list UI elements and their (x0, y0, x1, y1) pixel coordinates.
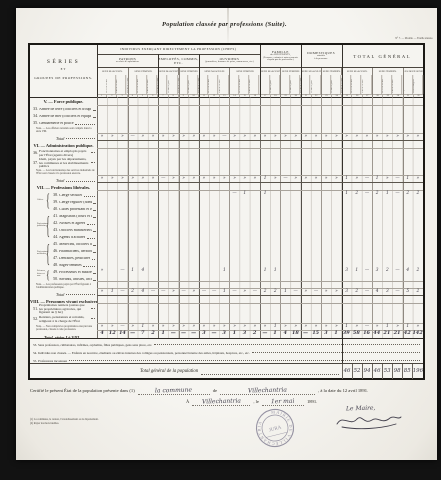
tally-row-49: »—1411131—32—42 (97, 267, 423, 274)
data-cell: » (189, 288, 199, 295)
header-employes: EMPLOYÉS, COMMIS, ETC. (158, 54, 199, 68)
data-cell: 1 (372, 175, 382, 182)
data-cell: 4 (372, 288, 382, 295)
document-title: Population classée par professions (Suit… (28, 21, 421, 28)
data-cell: 1 (138, 323, 148, 330)
paper-sheet: Population classée par professions (Suit… (16, 8, 437, 460)
data-cell: Moins de 16 ans. (97, 75, 106, 94)
data-cell: 1 (342, 323, 352, 330)
dotted-leader (91, 308, 96, 309)
dotted-leader (93, 273, 95, 274)
data-cell: » (291, 175, 301, 182)
profession-row: 52.Rentiers, pensionnés et retraités, re… (30, 315, 97, 325)
tally-row-vi-total: »»»»»»—»»»»»»»»»1»—»»»»»1»—1»—1» (97, 175, 423, 182)
data-cell: — (148, 288, 158, 295)
row-label: Clergé séculier (59, 194, 82, 198)
data-cell: » (128, 175, 138, 182)
data-cell: » (382, 133, 392, 140)
tally-row-v-total: »»»—»»»»»»»»—»»»»»»»»»»»»»»»»»»» (97, 133, 423, 140)
data-cell (321, 190, 331, 197)
row-54: 54. Individus non classés. — Enfants en … (30, 347, 423, 355)
employes-title: EMPLOYÉS, COMMIS, ETC. (158, 57, 199, 65)
data-cell: — (209, 330, 219, 338)
data-cell: 1 (219, 267, 229, 274)
data-cell: Population totale. (403, 75, 413, 94)
data-cell (189, 190, 199, 197)
data-cell: — (392, 190, 402, 197)
data-cell (107, 267, 117, 274)
data-cell: » (270, 175, 280, 182)
data-cell: » (158, 133, 168, 140)
data-cell: — (117, 288, 127, 295)
data-cell: 3 (372, 267, 382, 274)
data-cell: » (311, 175, 321, 182)
row-label: Agents d'affaires (59, 236, 85, 240)
sex-header: SEXE MASCULIN. (260, 68, 280, 75)
data-cell: » (189, 323, 199, 330)
data-cell: » (117, 175, 127, 182)
row-label: 53. Sans profession, célibataires, infir… (33, 343, 152, 347)
data-cell: 1 (382, 190, 392, 197)
data-cell: 2 (270, 288, 280, 295)
data-cell (270, 190, 280, 197)
data-cell: » (240, 323, 250, 330)
total-label: Total général de la population (140, 369, 198, 374)
row-number: 51. (30, 308, 39, 312)
dotted-leader (93, 110, 96, 111)
row-label: Clergé régulier (hommes, femmes) (59, 201, 92, 205)
grid-line (97, 105, 423, 106)
data-cell: 3 (342, 267, 352, 274)
dotted-leader (93, 245, 95, 246)
row-label: Rentiers, pensionnés et retraités, relig… (39, 316, 89, 323)
data-cell: 142 (412, 330, 422, 338)
brace-glyph: { (46, 190, 50, 211)
data-cell: » (240, 288, 250, 295)
data-cell: 3 (321, 330, 331, 338)
data-cell: 1 (240, 190, 250, 197)
data-cell (311, 267, 321, 274)
data-cell: » (199, 323, 209, 330)
data-cell: 94 (362, 364, 372, 379)
profession-row: 37.Idem, payés par les départements, les… (30, 159, 97, 169)
grid-line (97, 281, 423, 282)
header-series-cell: SÉRIES ET GROUPES DE PROFESSIONS. (30, 45, 97, 97)
sex-header: SEXE FÉMININ. (372, 68, 403, 75)
brace-label: Sciences, lettres et arts. (37, 270, 46, 277)
data-cell: 2 (148, 330, 158, 338)
row-label: Avoués et agréés (59, 222, 85, 226)
data-cell: 3 (382, 288, 392, 295)
brace-label: Professions judiciaires. (37, 223, 46, 228)
data-cell: » (219, 175, 229, 182)
section-title-v: V. — Force publique. (30, 97, 97, 105)
profession-row: 51.Propriétaires rentiers (autres que le… (30, 305, 97, 315)
dotted-leader (87, 238, 95, 239)
sex-header: SEXE MASCULIN. (199, 68, 230, 75)
data-cell: 16 ans et plus. (188, 75, 198, 94)
row-label: Sages-femmes (59, 264, 82, 268)
data-cell: 1 (219, 288, 229, 295)
data-cell: — (168, 330, 178, 338)
dotted-leader (75, 124, 95, 125)
data-cell: » (168, 133, 178, 140)
row-label: Armée de terre (officiers et troupe) (39, 108, 91, 112)
data-cell: » (250, 323, 260, 330)
printed-text: À (186, 399, 189, 404)
row-number: 37. (30, 162, 39, 166)
data-cell: » (199, 175, 209, 182)
sex-header: SEXE MASCULIN. (341, 68, 372, 75)
data-cell: » (107, 175, 117, 182)
data-cell: 2 (260, 288, 270, 295)
signature (334, 411, 404, 436)
dotted-leader (93, 231, 95, 232)
data-cell: — (392, 288, 402, 295)
row-number: 35. (30, 122, 39, 126)
data-cell: De 16 à 60 ans. (137, 75, 147, 94)
data-cell: 4 (280, 330, 290, 338)
data-cell: — (392, 175, 402, 182)
brace-group-judiciaires: Professions judiciaires.{ (37, 211, 52, 239)
data-cell: » (148, 133, 158, 140)
data-cell: » (331, 175, 341, 182)
data-cell: 3 (239, 330, 249, 338)
data-cell: » (97, 267, 107, 274)
dotted-leader (91, 152, 96, 153)
data-cell (301, 267, 311, 274)
data-cell (280, 190, 290, 197)
data-cell: » (229, 175, 239, 182)
data-cell: 16 ans et plus. (331, 75, 341, 94)
dotted-leader (93, 210, 95, 211)
data-cell: 16 ans et plus. (270, 75, 280, 94)
header-famille: FAMILLE des PRÉCÉDENTS, (Femmes, enfants… (260, 45, 301, 68)
row-number: 33. (30, 108, 39, 112)
data-cell: — (229, 288, 239, 295)
row-label: Armée de mer (officiers et équipages) (39, 115, 91, 119)
patrons-sub: ou chefs d'exploitation. (116, 61, 139, 64)
scan-background: Population classée par professions (Suit… (0, 0, 441, 480)
data-cell: » (291, 133, 301, 140)
data-cell: » (148, 323, 158, 330)
data-cell: — (229, 190, 239, 197)
data-cell (240, 267, 250, 274)
data-cell: » (311, 323, 321, 330)
data-cell: » (189, 175, 199, 182)
data-cell (250, 190, 260, 197)
data-cell (97, 190, 107, 197)
data-cell: 1 (260, 175, 270, 182)
section-note: Nota. — Les officiers retraités sont com… (30, 126, 97, 134)
data-cell: — (179, 288, 189, 295)
data-cell: 85 (402, 364, 412, 379)
grid-line (97, 295, 423, 296)
dotted-leader (154, 344, 420, 345)
data-cell: 1 (260, 190, 270, 197)
data-cell: » (97, 133, 107, 140)
section-note: Nota. — Les professeurs payés par l'État… (30, 282, 97, 290)
printed-text: , le (253, 399, 259, 404)
sex-header: SEXE MASCULIN. (97, 68, 128, 75)
data-cell: » (168, 288, 178, 295)
data-cell: Plus de 60 ans. (392, 75, 402, 94)
data-cell: — (178, 330, 188, 338)
data-cell: » (321, 288, 331, 295)
data-cell: » (342, 133, 352, 140)
data-cell: » (413, 133, 423, 140)
data-cell: » (392, 133, 402, 140)
data-cell: 1 (270, 267, 280, 274)
row-label: 54. Individus non classés. — Enfants en … (33, 351, 250, 355)
data-cell: — (209, 288, 219, 295)
brace-glyph: { (46, 267, 50, 281)
data-cell: — (362, 175, 372, 182)
dotted-leader (93, 217, 95, 218)
famille-sub2: (Femmes, enfants et autres parents n'aya… (260, 57, 301, 63)
row-number: 34. (30, 115, 39, 119)
data-cell: Plus de 60 ans. (116, 75, 126, 94)
data-cell: » (189, 133, 199, 140)
footnotes: (1) La commune, le canton, l'arrondissem… (30, 418, 99, 426)
data-cell: 1 (382, 323, 392, 330)
data-cell: » (240, 175, 250, 182)
row-label: Idem, payés par les départements, les co… (39, 158, 89, 169)
data-cell: » (107, 323, 117, 330)
data-cell: » (352, 175, 362, 182)
grid-line (97, 140, 423, 141)
data-cell: Plus de 60 ans. (147, 75, 157, 94)
data-cell: 16 ans et plus. (168, 75, 178, 94)
data-cell: » (321, 175, 331, 182)
data-cell (199, 190, 209, 197)
data-cell (168, 267, 178, 274)
certification-line-2: À Villechantria , le 1er mai 1891. (186, 398, 317, 406)
data-cell: — (158, 288, 168, 295)
data-cell: 3 (199, 330, 209, 338)
row-labels-column: V. — Force publique. 33.Armée de terre (… (30, 97, 97, 338)
data-cell: » (413, 323, 423, 330)
grid-line (97, 182, 423, 183)
total-label: Total (56, 292, 64, 297)
series-label: SÉRIES (30, 59, 97, 65)
data-cell: » (301, 288, 311, 295)
total-row-label: Total (30, 290, 97, 297)
data-cell: Moins de 16 ans. (341, 75, 351, 94)
row-label: Officiers ministériels (notaires, huissi… (59, 229, 92, 233)
data-cell: — (362, 190, 372, 197)
header-domestiques: DOMESTIQUES attachés à la personne. (301, 45, 342, 68)
data-cell: » (209, 323, 219, 330)
data-cell: — (189, 330, 199, 338)
data-cell (138, 190, 148, 197)
data-cell: » (148, 175, 158, 182)
data-cell: » (321, 133, 331, 140)
data-cell (219, 190, 229, 197)
profession-row: 35.Gendarmerie et police (30, 119, 97, 126)
data-cell (189, 267, 199, 274)
data-cell: » (331, 288, 341, 295)
handwritten-place: Villechantria (248, 386, 287, 394)
plate-reference: N° 7. — Modèle. — Feuille annexe. (395, 37, 433, 40)
data-cell: 2 (413, 190, 423, 197)
data-cell: 16 ans et plus. (311, 75, 321, 94)
data-cell: » (117, 133, 127, 140)
data-cell: » (209, 175, 219, 182)
data-cell: » (301, 133, 311, 140)
data-cell: 4 (403, 267, 413, 274)
data-cell (321, 267, 331, 274)
data-cell: 14 (117, 330, 127, 338)
row-55: 55. Professions inconnues (30, 355, 423, 363)
header-patrons: PATRONS ou chefs d'exploitation. (97, 54, 158, 68)
row-label: Médecins, officiers de santé (59, 243, 92, 247)
data-cell: » (301, 175, 311, 182)
data-cell: 42 (402, 330, 412, 338)
data-cell: 1 (352, 267, 362, 274)
total-row-label: Total (30, 134, 97, 141)
data-cell: » (362, 133, 372, 140)
printed-text: de (213, 388, 217, 393)
data-cell: De 16 à 60 ans. (106, 75, 116, 94)
data-cell (209, 267, 219, 274)
data-cell: 21 (382, 330, 392, 338)
data-cell (107, 190, 117, 197)
data-cell: 1 (280, 288, 290, 295)
handwritten-place: Villechantria (202, 397, 241, 405)
sex-header: SEXE FÉMININ. (321, 68, 341, 75)
dotted-leader (93, 280, 95, 281)
row-label: Savants, artistes, architectes et ingéni… (59, 278, 92, 282)
data-cell (291, 267, 301, 274)
data-cell: — (300, 330, 310, 338)
data-cell: » (158, 323, 168, 330)
data-cell: » (382, 175, 392, 182)
brace-glyph: { (46, 211, 50, 239)
data-cell: — (199, 288, 209, 295)
data-cell: De 16 à 60 ans. (382, 75, 392, 94)
dotted-leader (83, 266, 95, 267)
data-cell: — (362, 323, 372, 330)
data-grid: »»»—»»»»»»»»—»»»»»»»»»»»»»»»»»»» »»»»»»—… (97, 97, 423, 338)
data-cell (148, 190, 158, 197)
data-cell (229, 267, 239, 274)
data-cell: » (403, 133, 413, 140)
data-cell: — (128, 133, 138, 140)
data-cell: 1 (158, 330, 168, 338)
data-cell: » (97, 288, 107, 295)
data-cell: » (128, 323, 138, 330)
data-cell: De 16 à 60 ans. (351, 75, 361, 94)
data-cell: — (158, 175, 168, 182)
data-cell: 53 (382, 364, 392, 379)
data-cell (331, 190, 341, 197)
data-cell (128, 190, 138, 197)
data-cell: » (291, 323, 301, 330)
profession-row: 33.Armée de terre (officiers et troupe) (30, 105, 97, 112)
data-cell: 2 (352, 288, 362, 295)
data-cell: 2 (128, 288, 138, 295)
data-cell: 46 (342, 364, 352, 379)
fill-place: Villechantria (220, 387, 315, 395)
data-cell (117, 190, 127, 197)
data-cell: » (311, 133, 321, 140)
total-label: Total (56, 136, 64, 141)
data-cell: » (199, 133, 209, 140)
sex-header: LES DEUX SEXES. (403, 68, 423, 75)
data-cell (158, 190, 168, 197)
data-cell (280, 267, 290, 274)
data-cell: » (219, 323, 229, 330)
data-cell (331, 267, 341, 274)
population-total-cells: 46529446539885196 (342, 364, 424, 379)
series-et-label: ET (30, 67, 97, 71)
dotted-leader (69, 360, 420, 361)
domestiques-sub2: à la personne. (314, 58, 328, 61)
data-cell: 7 (138, 330, 148, 338)
total-general-title: TOTAL GÉNÉRAL (353, 54, 411, 59)
data-cell: 12 (107, 330, 117, 338)
data-cell: » (260, 133, 270, 140)
row-label: 55. Professions inconnues (33, 359, 67, 363)
brace-group-cultes: Cultes.{ (37, 190, 52, 211)
row-53: 53. Sans profession, célibataires, infir… (30, 339, 423, 347)
data-cell: 1 (260, 267, 270, 274)
profession-row: 34.Armée de mer (officiers et équipages) (30, 112, 97, 119)
data-cell: 1 (403, 175, 413, 182)
row-label: Propriétaires rentiers (autres que les p… (39, 304, 89, 315)
data-cell: » (392, 323, 402, 330)
data-cell: 1 (342, 190, 352, 197)
data-cell: — (362, 288, 372, 295)
tally-row-viii-total: »»—»1»»»»»»»»»»»»1»»»»»»1»—»1»1» (97, 323, 423, 330)
data-cell: 4 (138, 267, 148, 274)
data-cell (291, 190, 301, 197)
data-cell: 39 (341, 330, 351, 338)
stamp-icon: MAIRIE DE VILLECHANTRIA JURA (250, 403, 301, 454)
data-cell: 16 (361, 330, 371, 338)
data-cell: — (392, 267, 402, 274)
tally-row-38: —1112—21—22 (97, 190, 423, 197)
data-cell: 58 (351, 330, 361, 338)
data-cell: » (168, 323, 178, 330)
data-cell: » (280, 323, 290, 330)
data-cell: » (250, 133, 260, 140)
data-cell: 3 (219, 330, 229, 338)
row-label: Gendarmerie et police (39, 122, 74, 126)
data-cell: » (260, 323, 270, 330)
fill-scope: la commune (138, 387, 210, 395)
ouvriers-sub: (journaliers, hommes de peine, manœuvres… (205, 61, 254, 64)
row-label: Pharmaciens, herboristes (59, 250, 92, 254)
data-cell: 4 (138, 288, 148, 295)
data-cell: 1 (342, 175, 352, 182)
dotted-leader (91, 162, 96, 163)
data-cell: — (250, 288, 260, 295)
data-cell: Moins de 16 ans. (321, 75, 331, 94)
brace-group-arts: Sciences, lettres et arts.{ (37, 267, 52, 281)
data-cell: 21 (392, 330, 402, 338)
data-cell: » (240, 133, 250, 140)
data-cell: 2 (382, 267, 392, 274)
data-cell: 52 (352, 364, 362, 379)
data-cell: » (250, 175, 260, 182)
section-title-vi: VI. — Administration publique. (30, 141, 97, 149)
total-row-label: Total (30, 176, 97, 183)
header-total-general: TOTAL GÉNÉRAL (342, 45, 424, 68)
data-cell (179, 190, 189, 197)
data-cell: » (179, 175, 189, 182)
